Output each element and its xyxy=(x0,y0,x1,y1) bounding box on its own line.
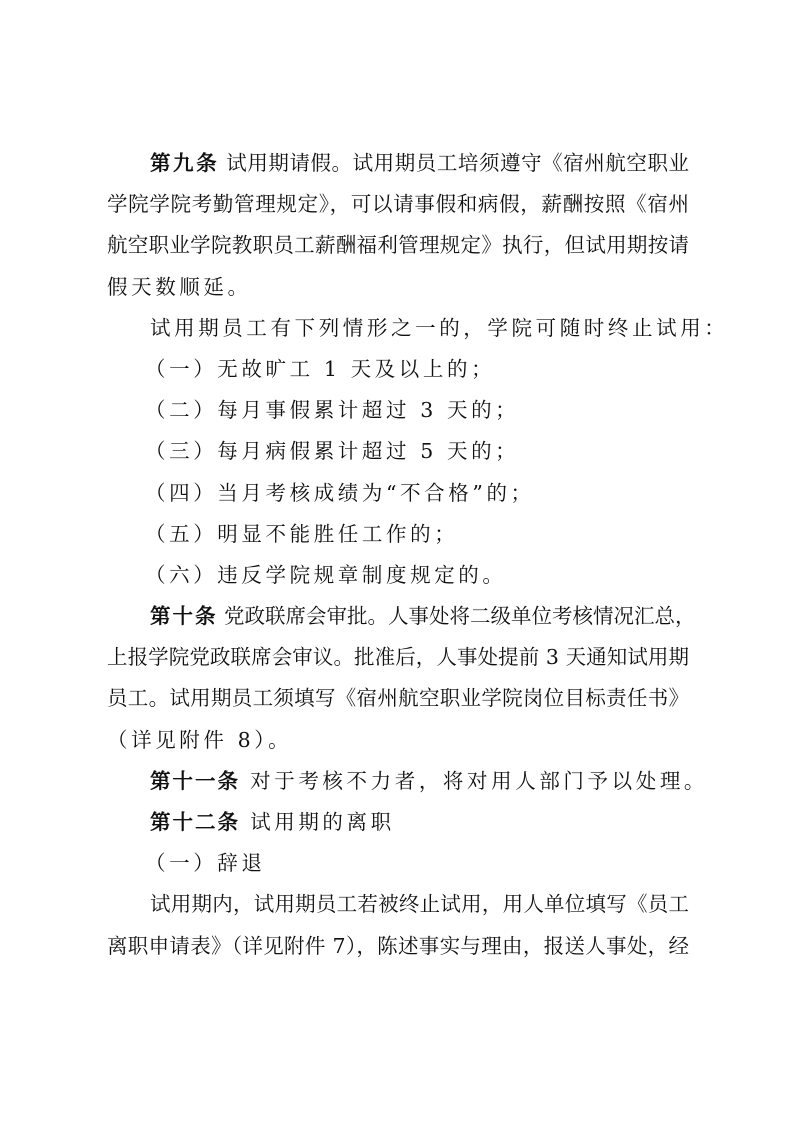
article-10-line-1: 第十条 党政联席会审批。人事处将二级单位考核情况汇总， xyxy=(107,596,689,637)
article-11-text: 对于考核不力者，将对用人部门予以处理。 xyxy=(250,769,708,793)
article-9-text: 试用期请假。试用期员工培须遵守《宿州航空职业 xyxy=(226,151,689,175)
article-9-line-4: 假天数顺延。 xyxy=(107,267,689,308)
termination-item-6: （六）违反学院规章制度规定的。 xyxy=(107,555,689,596)
article-12-heading: 第十二条 xyxy=(150,810,240,834)
termination-item-4: （四）当月考核成绩为“不合格”的； xyxy=(107,473,689,514)
article-9-line-2: 学院学院考勤管理规定》，可以请事假和病假，薪酬按照《宿州 xyxy=(107,184,689,225)
article-12-sub-heading: （一）辞退 xyxy=(107,843,689,884)
article-9-heading: 第九条 xyxy=(150,151,219,175)
article-10-heading: 第十条 xyxy=(150,604,218,628)
termination-item-5: （五）明显不能胜任工作的； xyxy=(107,514,689,555)
article-9-line-1: 第九条 试用期请假。试用期员工培须遵守《宿州航空职业 xyxy=(107,143,689,184)
article-10-line-3: 员工。试用期员工须填写《宿州航空职业学院岗位目标责任书》 xyxy=(107,678,689,719)
article-10-line-4: （详见附件 8）。 xyxy=(107,720,689,761)
termination-intro: 试用期员工有下列情形之一的，学院可随时终止试用： xyxy=(107,308,689,349)
article-12: 第十二条 试用期的离职 xyxy=(107,802,689,843)
document-page: 第九条 试用期请假。试用期员工培须遵守《宿州航空职业 学院学院考勤管理规定》，可… xyxy=(107,143,689,967)
termination-item-3: （三）每月病假累计超过 5 天的； xyxy=(107,431,689,472)
article-11-heading: 第十一条 xyxy=(150,769,240,793)
article-12-line-1: 试用期内，试用期员工若被终止试用，用人单位填写《员工 xyxy=(107,884,689,925)
termination-item-1: （一）无故旷工 1 天及以上的； xyxy=(107,349,689,390)
article-9-line-3: 航空职业学院教职员工薪酬福利管理规定》执行，但试用期按请 xyxy=(107,225,689,266)
article-10-line-2: 上报学院党政联席会审议。批准后，人事处提前 3 天通知试用期 xyxy=(107,637,689,678)
termination-item-2: （二）每月事假累计超过 3 天的； xyxy=(107,390,689,431)
article-12-text: 试用期的离职 xyxy=(250,810,395,834)
article-12-line-2: 离职申请表》（详见附件 7），陈述事实与理由，报送人事处，经 xyxy=(107,926,689,967)
article-11: 第十一条 对于考核不力者，将对用人部门予以处理。 xyxy=(107,761,689,802)
article-10-text: 党政联席会审批。人事处将二级单位考核情况汇总， xyxy=(224,604,696,628)
